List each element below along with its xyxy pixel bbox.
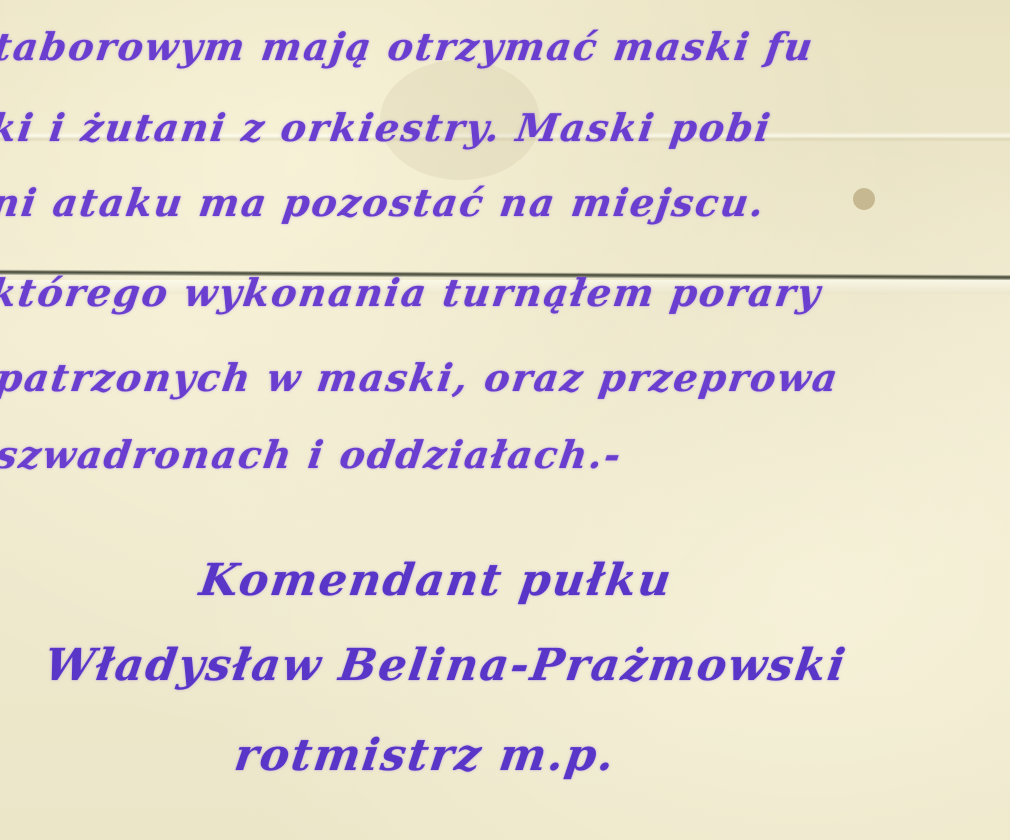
body-line-1: taborowym mają otrzymać maski fu — [0, 24, 817, 69]
body-line-6: szwadronach i oddziałach.- — [0, 432, 625, 477]
body-line-3: ni ataku ma pozostać na miejscu. — [0, 180, 769, 225]
paper-stain — [853, 188, 875, 210]
body-line-5: patrzonych w maski, oraz przeprowa — [0, 355, 842, 400]
signature-title: Komendant pułku — [196, 555, 675, 606]
signature-name: Władysław Belina-Prażmowski — [41, 640, 850, 691]
signature-rank: rotmistrz m.p. — [231, 730, 619, 781]
body-line-2: ki i żutani z orkiestry. Maski pobi — [0, 105, 775, 150]
body-line-4: którego wykonania turnąłem porary — [0, 270, 825, 315]
